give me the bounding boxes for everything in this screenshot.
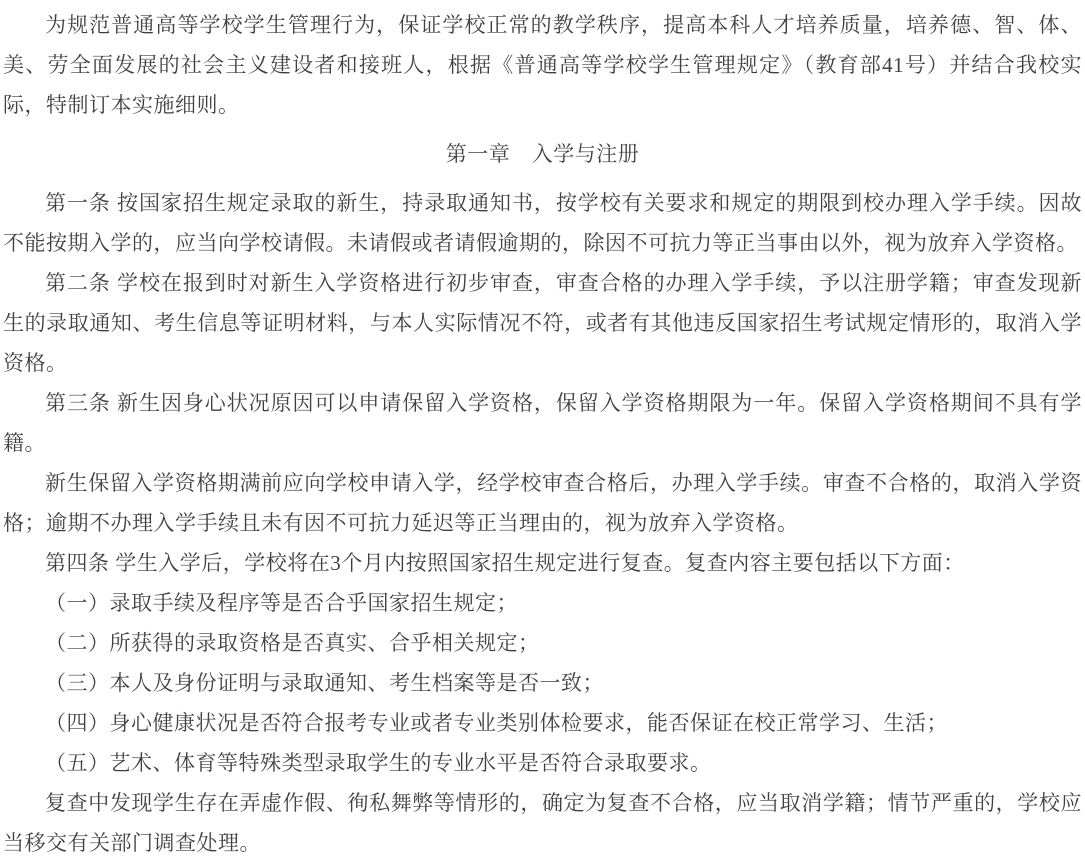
document-page: 为规范普通高等学校学生管理行为，保证学校正常的教学秩序，提高本科人才培养质量，培… <box>0 0 1085 858</box>
list-item-5: （五）艺术、体育等特殊类型录取学生的专业水平是否符合录取要求。 <box>3 743 1082 783</box>
article-1-paragraph: 第一条 按国家招生规定录取的新生，持录取通知书，按学校有关要求和规定的期限到校办… <box>3 183 1082 263</box>
article-4-paragraph: 第四条 学生入学后，学校将在3个月内按照国家招生规定进行复查。复查内容主要包括以… <box>3 543 1082 583</box>
intro-paragraph: 为规范普通高等学校学生管理行为，保证学校正常的教学秩序，提高本科人才培养质量，培… <box>3 5 1082 125</box>
article-3-paragraph: 第三条 新生因身心状况原因可以申请保留入学资格，保留入学资格期限为一年。保留入学… <box>3 383 1082 463</box>
list-item-1: （一）录取手续及程序等是否合乎国家招生规定； <box>3 583 1082 623</box>
list-item-2: （二）所获得的录取资格是否真实、合乎相关规定； <box>3 623 1082 663</box>
list-item-4: （四）身心健康状况是否符合报考专业或者专业类别体检要求，能否保证在校正常学习、生… <box>3 703 1082 743</box>
list-item-3: （三）本人及身份证明与录取通知、考生档案等是否一致； <box>3 663 1082 703</box>
chapter-heading: 第一章 入学与注册 <box>3 134 1082 174</box>
article-3-continuation-paragraph: 新生保留入学资格期满前应向学校申请入学，经学校审查合格后，办理入学手续。审查不合… <box>3 463 1082 543</box>
closing-paragraph: 复查中发现学生存在弄虚作假、徇私舞弊等情形的，确定为复查不合格，应当取消学籍；情… <box>3 783 1082 858</box>
article-2-paragraph: 第二条 学校在报到时对新生入学资格进行初步审查，审查合格的办理入学手续，予以注册… <box>3 263 1082 383</box>
